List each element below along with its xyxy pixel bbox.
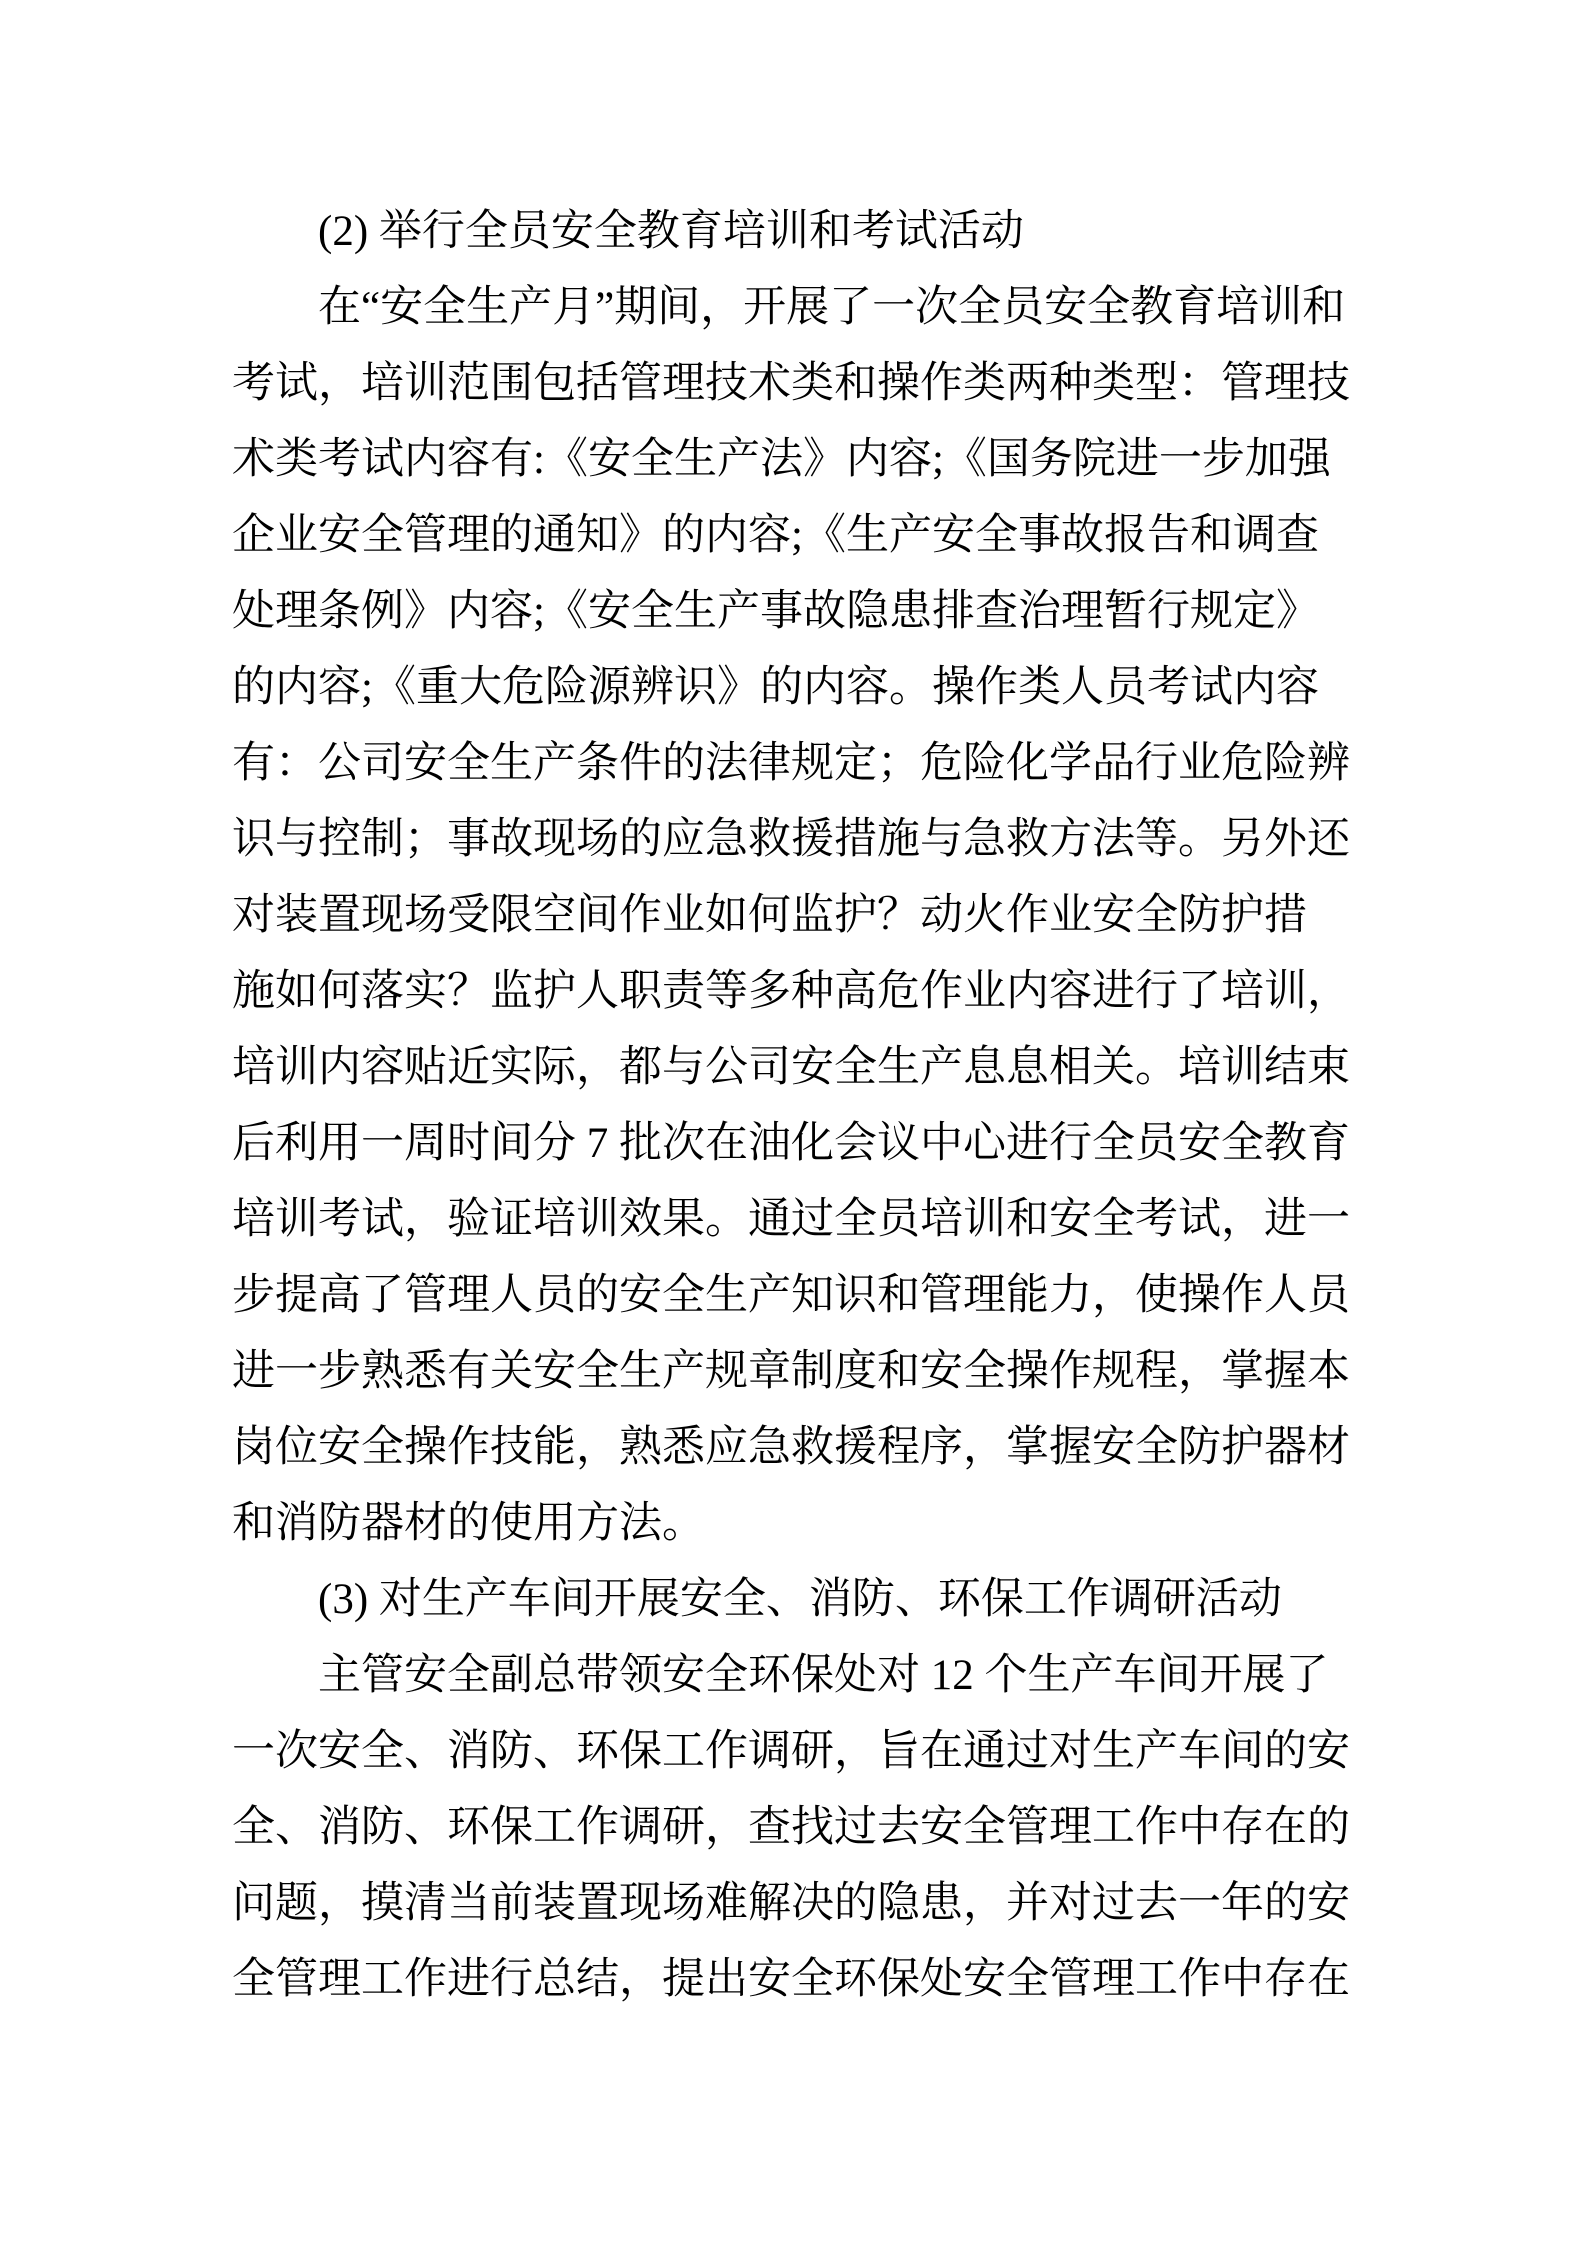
text-line: 在“安全生产月”期间，开展了一次全员安全教育培训和	[232, 270, 1358, 346]
text-line: 识与控制；事故现场的应急救援措施与急救方法等。另外还	[232, 802, 1358, 878]
text-line: 施如何落实？监护人职责等多种高危作业内容进行了培训，	[232, 954, 1358, 1030]
text-line: 培训考试，验证培训效果。通过全员培训和安全考试，进一	[232, 1182, 1358, 1258]
text-line: 的内容;《重大危险源辨识》的内容。操作类人员考试内容	[232, 650, 1358, 726]
text-line: 培训内容贴近实际，都与公司安全生产息息相关。培训结束	[232, 1030, 1358, 1106]
text-line: 对装置现场受限空间作业如何监护？动火作业安全防护措	[232, 878, 1358, 954]
text-line: 岗位安全操作技能，熟悉应急救援程序，掌握安全防护器材	[232, 1410, 1358, 1486]
text-line: 和消防器材的使用方法。	[232, 1486, 1358, 1562]
text-line: 进一步熟悉有关安全生产规章制度和安全操作规程，掌握本	[232, 1334, 1358, 1410]
text-line: 处理条例》内容;《安全生产事故隐患排查治理暂行规定》	[232, 574, 1358, 650]
text-line: 有：公司安全生产条件的法律规定；危险化学品行业危险辨	[232, 726, 1358, 802]
subsection-heading-line: (2) 举行全员安全教育培训和考试活动	[232, 194, 1358, 270]
text-line: 企业安全管理的通知》的内容;《生产安全事故报告和调查	[232, 498, 1358, 574]
text-line: 全管理工作进行总结，提出安全环保处安全管理工作中存在	[232, 1942, 1358, 2018]
document-body: (2) 举行全员安全教育培训和考试活动在“安全生产月”期间，开展了一次全员安全教…	[232, 194, 1358, 2018]
subsection-heading-line: (3) 对生产车间开展安全、消防、环保工作调研活动	[232, 1562, 1358, 1638]
text-line: 主管安全副总带领安全环保处对 12 个生产车间开展了	[232, 1638, 1358, 1714]
document-page: (2) 举行全员安全教育培训和考试活动在“安全生产月”期间，开展了一次全员安全教…	[0, 0, 1587, 2245]
text-line: 全、消防、环保工作调研，查找过去安全管理工作中存在的	[232, 1790, 1358, 1866]
text-line: 一次安全、消防、环保工作调研，旨在通过对生产车间的安	[232, 1714, 1358, 1790]
text-line: 考试，培训范围包括管理技术类和操作类两种类型：管理技	[232, 346, 1358, 422]
text-line: 步提高了管理人员的安全生产知识和管理能力，使操作人员	[232, 1258, 1358, 1334]
text-line: 术类考试内容有:《安全生产法》内容;《国务院进一步加强	[232, 422, 1358, 498]
text-line: 问题，摸清当前装置现场难解决的隐患，并对过去一年的安	[232, 1866, 1358, 1942]
text-line: 后利用一周时间分 7 批次在油化会议中心进行全员安全教育	[232, 1106, 1358, 1182]
